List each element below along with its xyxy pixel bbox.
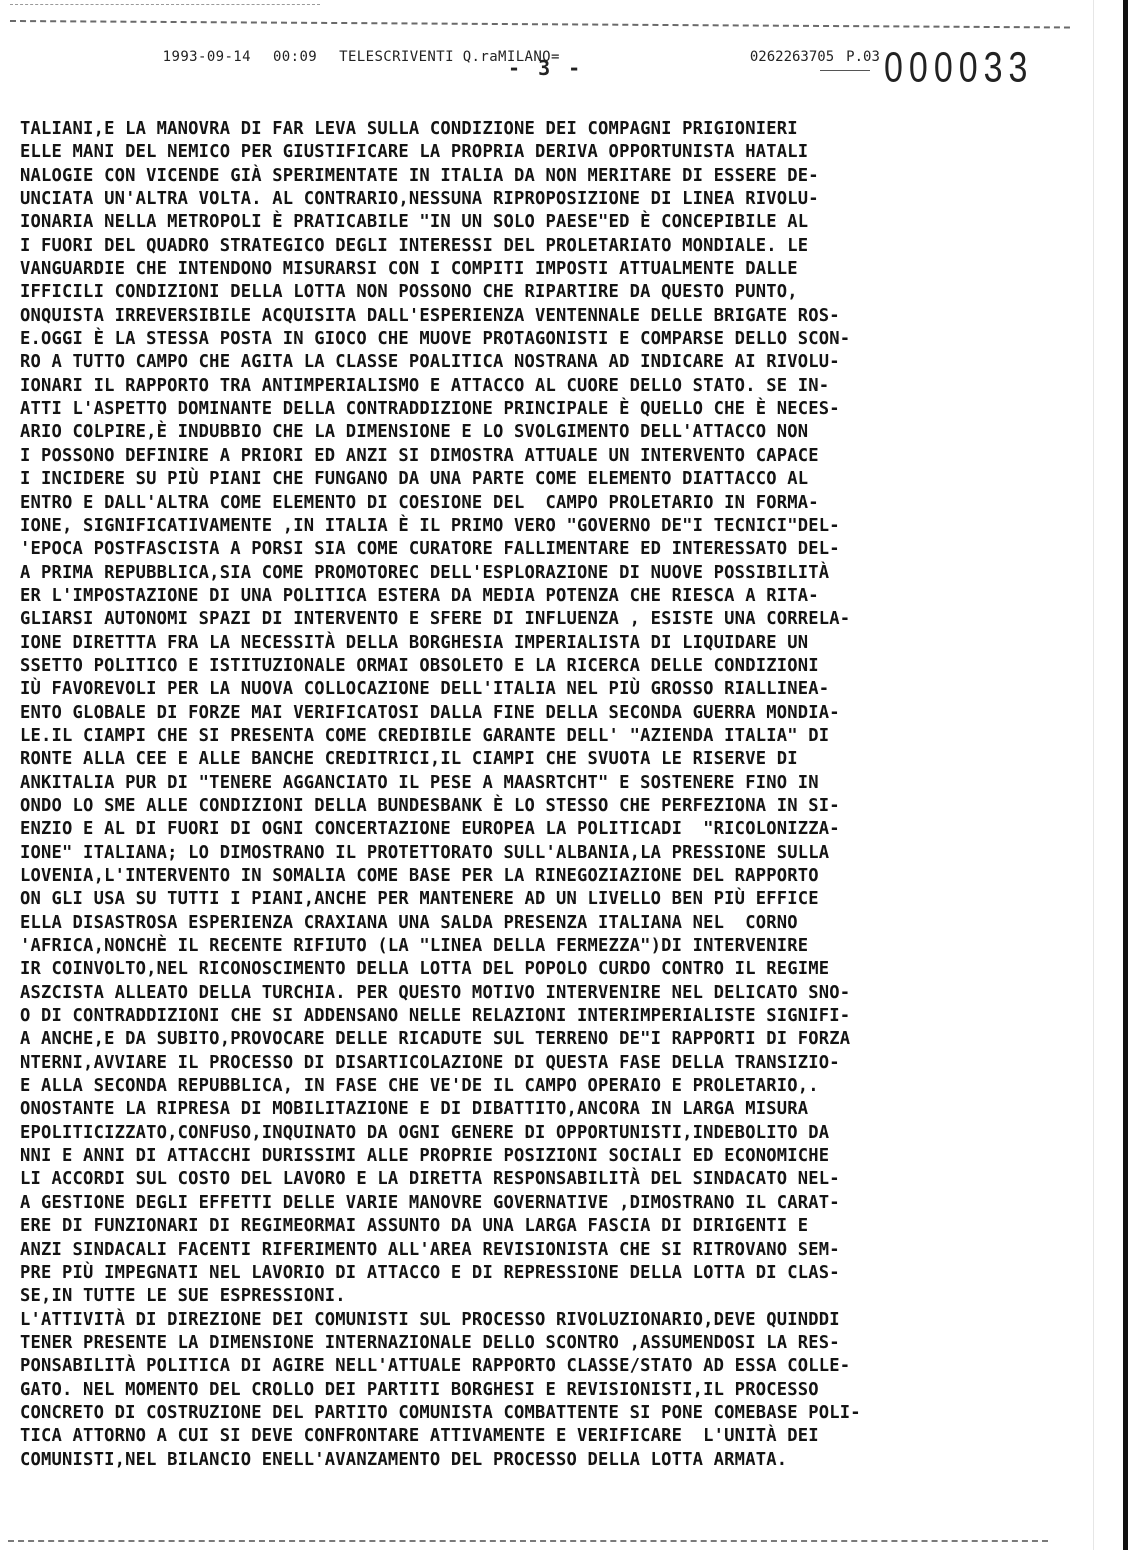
text-line: A GESTIONE DEGLI EFFETTI DELLE VARIE MAN… (20, 1192, 1044, 1215)
text-line: E ALLA SECONDA REPUBBLICA, IN FASE CHE V… (20, 1075, 1044, 1098)
fax-date: 1993-09-14 (163, 49, 251, 65)
text-line: ENZIO E AL DI FUORI DI OGNI CONCERTAZION… (20, 818, 1044, 841)
text-line: CONCRETO DI COSTRUZIONE DEL PARTITO COMU… (20, 1402, 1044, 1425)
text-line: RONTE ALLA CEE E ALLE BANCHE CREDITRICI,… (20, 748, 1044, 771)
footer-separator (8, 1540, 1048, 1542)
text-line: GLIARSI AUTONOMI SPAZI DI INTERVENTO E S… (20, 608, 1044, 631)
text-line: SE,IN TUTTE LE SUE ESPRESSIONI. (20, 1285, 1044, 1308)
text-line: IONARIA NELLA METROPOLI È PRATICABILE "I… (20, 211, 1044, 234)
text-line: VANGUARDIE CHE INTENDONO MISURARSI CON I… (20, 258, 1044, 281)
text-line: I INCIDERE SU PIÙ PIANI CHE FUNGANO DA U… (20, 468, 1044, 491)
text-line: ASZCISTA ALLEATO DELLA TURCHIA. PER QUES… (20, 982, 1044, 1005)
text-line: ANZI SINDACALI FACENTI RIFERIMENTO ALL'A… (20, 1239, 1044, 1262)
text-line: LI ACCORDI SUL COSTO DEL LAVORO E LA DIR… (20, 1168, 1044, 1191)
text-line: TICA ATTORNO A CUI SI DEVE CONFRONTARE A… (20, 1425, 1044, 1448)
text-line: ONQUISTA IRREVERSIBILE ACQUISITA DALL'ES… (20, 305, 1044, 328)
header-separator (10, 20, 1070, 28)
stamp-dash (820, 70, 870, 71)
text-line: IONE" ITALIANA; LO DIMOSTRANO IL PROTETT… (20, 842, 1044, 865)
text-line: TALIANI,E LA MANOVRA DI FAR LEVA SULLA C… (20, 118, 1044, 141)
text-line: SSETTO POLITICO E ISTITUZIONALE ORMAI OB… (20, 655, 1044, 678)
text-line: IONE, SIGNIFICATIVAMENTE ,IN ITALIA È IL… (20, 515, 1044, 538)
text-line: PRE PIÙ IMPEGNATI NEL LAVORIO DI ATTACCO… (20, 1262, 1044, 1285)
page-marker: - 3 - (508, 56, 583, 80)
text-line: UNCIATA UN'ALTRA VOLTA. AL CONTRARIO,NES… (20, 188, 1044, 211)
fax-number-block: 0262263705P.03 (733, 33, 880, 65)
text-line: ENTO GLOBALE DI FORZE MAI VERIFICATOSI D… (20, 702, 1044, 725)
text-line: COMUNISTI,NEL BILANCIO ENELL'AVANZAMENTO… (20, 1449, 1044, 1472)
text-line: L'ATTIVITÀ DI DIREZIONE DEI COMUNISTI SU… (20, 1309, 1044, 1332)
text-line: ELLA DISASTROSA ESPERIENZA CRAXIANA UNA … (20, 912, 1044, 935)
text-line: 'EPOCA POSTFASCISTA A PORSI SIA COME CUR… (20, 538, 1044, 561)
text-line: GATO. NEL MOMENTO DEL CROLLO DEI PARTITI… (20, 1379, 1044, 1402)
fax-page: P.03 (846, 49, 880, 65)
text-line: 'AFRICA,NONCHÈ IL RECENTE RIFIUTO (LA "L… (20, 935, 1044, 958)
text-line: A ANCHE,E DA SUBITO,PROVOCARE DELLE RICA… (20, 1028, 1044, 1051)
fax-time: 00:09 (273, 49, 317, 65)
text-line: ANKITALIA PUR DI "TENERE AGGANCIATO IL P… (20, 772, 1044, 795)
text-line: IONARI IL RAPPORTO TRA ANTIMPERIALISMO E… (20, 375, 1044, 398)
text-line: LE.IL CIAMPI CHE SI PRESENTA COME CREDIB… (20, 725, 1044, 748)
text-line: ON GLI USA SU TUTTI I PIANI,ANCHE PER MA… (20, 888, 1044, 911)
document-body: TALIANI,E LA MANOVRA DI FAR LEVA SULLA C… (20, 118, 1060, 1472)
text-line: ONDO LO SME ALLE CONDIZIONI DELLA BUNDES… (20, 795, 1044, 818)
text-line: O DI CONTRADDIZIONI CHE SI ADDENSANO NEL… (20, 1005, 1044, 1028)
text-line: EPOLITICIZZATO,CONFUSO,INQUINATO DA OGNI… (20, 1122, 1044, 1145)
text-line: IFFICILI CONDIZIONI DELLA LOTTA NON POSS… (20, 281, 1044, 304)
text-line: A PRIMA REPUBBLICA,SIA COME PROMOTOREC D… (20, 562, 1044, 585)
text-line: NTERNI,AVVIARE IL PROCESSO DI DISARTICOL… (20, 1052, 1044, 1075)
text-line: IÙ FAVOREVOLI PER LA NUOVA COLLOCAZIONE … (20, 678, 1044, 701)
text-line: I POSSONO DEFINIRE A PRIORI ED ANZI SI D… (20, 445, 1044, 468)
text-line: NALOGIE CON VICENDE GIÀ SPERIMENTATE IN … (20, 165, 1044, 188)
text-line: NNI E ANNI DI ATTACCHI DURISSIMI ALLE PR… (20, 1145, 1044, 1168)
fax-number: 0262263705 (750, 49, 834, 65)
text-line: E.OGGI È LA STESSA POSTA IN GIOCO CHE MU… (20, 328, 1044, 351)
text-line: ATTI L'ASPETTO DOMINANTE DELLA CONTRADDI… (20, 398, 1044, 421)
page-edge (1123, 0, 1128, 1550)
text-line: PONSABILITÀ POLITICA DI AGIRE NELL'ATTUA… (20, 1355, 1044, 1378)
text-line: ONOSTANTE LA RIPRESA DI MOBILITAZIONE E … (20, 1098, 1044, 1121)
fold-line (1093, 0, 1094, 1550)
text-line: IONE DIRETTTA FRA LA NECESSITÀ DELLA BOR… (20, 632, 1044, 655)
text-line: ENTRO E DALL'ALTRA COME ELEMENTO DI COES… (20, 492, 1044, 515)
text-line: TENER PRESENTE LA DIMENSIONE INTERNAZION… (20, 1332, 1044, 1355)
text-line: ER L'IMPOSTAZIONE DI UNA POLITICA ESTERA… (20, 585, 1044, 608)
transmission-noise (10, 4, 320, 9)
text-line: IR COINVOLTO,NEL RICONOSCIMENTO DELLA LO… (20, 958, 1044, 981)
text-line: LOVENIA,L'INTERVENTO IN SOMALIA COME BAS… (20, 865, 1044, 888)
text-line: RO A TUTTO CAMPO CHE AGITA LA CLASSE POA… (20, 351, 1044, 374)
text-line: ELLE MANI DEL NEMICO PER GIUSTIFICARE LA… (20, 141, 1044, 164)
text-line: ARIO COLPIRE,È INDUBBIO CHE LA DIMENSION… (20, 421, 1044, 444)
text-line: ERE DI FUNZIONARI DI REGIMEORMAI ASSUNTO… (20, 1215, 1044, 1238)
stamp-number: 000033 (884, 44, 1033, 93)
text-line: I FUORI DEL QUADRO STRATEGICO DEGLI INTE… (20, 235, 1044, 258)
